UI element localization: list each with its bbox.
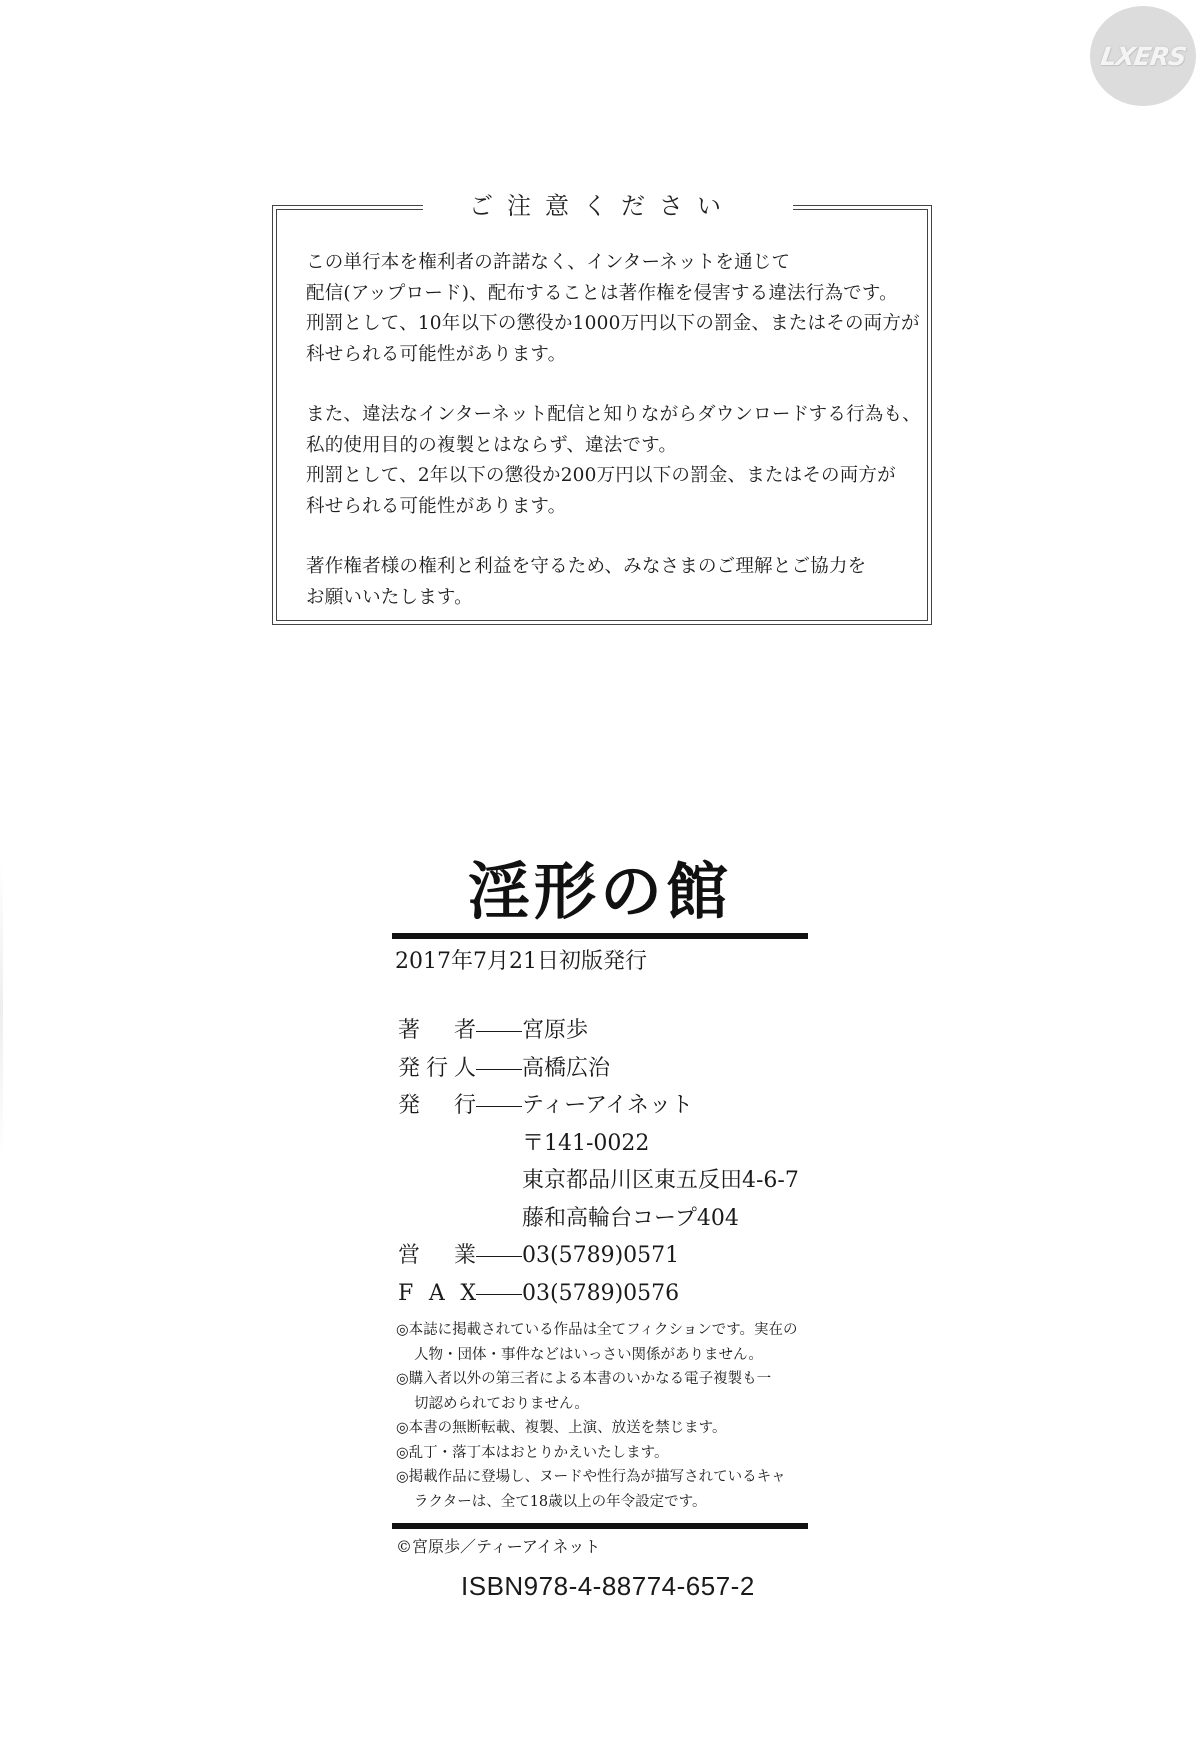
notice-paragraph-upload: この単行本を権利者の許諾なく、インターネットを通じて 配信(アップロード)、配布…: [306, 248, 911, 370]
fax-number: 03(5789)0576: [522, 1275, 679, 1313]
note-replacement: ◎乱丁・落丁本はおとりかえいたします。: [396, 1441, 798, 1466]
contact-sales: 営業 03(5789)0571: [398, 1237, 799, 1275]
credit-label: 発行人: [398, 1050, 476, 1088]
notice-line: 科せられる可能性があります。: [306, 340, 911, 371]
note-digital-copy: ◎購入者以外の第三者による本書のいかなる電子複製も一: [396, 1367, 798, 1392]
note-fiction-cont: 人物・団体・事件などはいっさい関係がありません。: [396, 1343, 798, 1368]
dash-separator: [476, 1050, 522, 1088]
credit-publisher: 発行 ティーアイネット: [398, 1087, 799, 1125]
postal-code: 〒141-0022: [398, 1125, 799, 1163]
author-name: 宮原歩: [522, 1012, 588, 1050]
credit-label: 営業: [398, 1237, 476, 1275]
note-fiction: ◎本誌に掲載されている作品は全てフィクションです。実在の: [396, 1318, 798, 1343]
notice-line: お願いいたします。: [306, 583, 911, 614]
note-age: ◎掲載作品に登場し、ヌードや性行為が描写されているキャ: [396, 1465, 798, 1490]
publication-date: 2017年7月21日初版発行: [395, 944, 647, 975]
credit-author: 著者 宮原歩: [398, 1012, 799, 1050]
publisher-person-name: 高橋広治: [522, 1050, 610, 1088]
notice-line: 著作権者様の権利と利益を守るため、みなさまのご理解とご協力を: [306, 552, 911, 583]
copyright-notice-box: ご注意ください この単行本を権利者の許諾なく、インターネットを通じて 配信(アッ…: [272, 205, 932, 625]
credit-label: 発行: [398, 1087, 476, 1125]
notice-paragraph-request: 著作権者様の権利と利益を守るため、みなさまのご理解とご協力を お願いいたします。: [306, 552, 911, 613]
notice-title: ご注意ください: [447, 186, 757, 221]
dash-separator: [476, 1087, 522, 1125]
divider-rule: [392, 933, 808, 939]
book-title: 淫形の館: [468, 842, 732, 942]
notice-line: 科せられる可能性があります。: [306, 492, 911, 523]
dash-separator: [476, 1012, 522, 1050]
notice-line: また、違法なインターネット配信と知りながらダウンロードする行為も、: [306, 400, 911, 431]
note-digital-copy-cont: 切認められておりません。: [396, 1392, 798, 1417]
credits-block: 著者 宮原歩 発行人 高橋広治 発行 ティーアイネット 〒141-0022 東京…: [398, 1012, 799, 1312]
note-reproduction: ◎本書の無断転載、複製、上演、放送を禁じます。: [396, 1416, 798, 1441]
contact-fax: FAX 03(5789)0576: [398, 1275, 799, 1313]
scan-edge-artifact: [0, 860, 3, 1160]
sales-phone: 03(5789)0571: [522, 1237, 679, 1275]
credit-label: 著者: [398, 1012, 476, 1050]
notice-paragraph-download: また、違法なインターネット配信と知りながらダウンロードする行為も、 私的使用目的…: [306, 400, 911, 522]
address-building: 藤和高輪台コープ404: [398, 1200, 799, 1238]
credit-label: FAX: [398, 1275, 476, 1313]
isbn: ISBN978-4-88774-657-2: [461, 1571, 755, 1602]
notice-line: 私的使用目的の複製とはならず、違法です。: [306, 431, 911, 462]
address-line: 東京都品川区東五反田4-6-7: [398, 1162, 799, 1200]
legal-notes: ◎本誌に掲載されている作品は全てフィクションです。実在の 人物・団体・事件などは…: [396, 1318, 798, 1514]
watermark-text: LXERS: [1099, 42, 1188, 71]
copyright-line: ©宮原歩／ティーアイネット: [396, 1534, 600, 1557]
publisher-name: ティーアイネット: [522, 1087, 693, 1125]
notice-body: この単行本を権利者の許諾なく、インターネットを通じて 配信(アップロード)、配布…: [306, 248, 911, 613]
note-age-cont: ラクターは、全て18歳以上の年令設定です。: [396, 1490, 798, 1515]
divider-rule: [392, 1523, 808, 1529]
notice-line: 刑罰として、2年以下の懲役か200万円以下の罰金、またはその両方が: [306, 461, 911, 492]
scanlation-watermark-logo: LXERS: [1090, 6, 1196, 106]
notice-line: 刑罰として、10年以下の懲役か1000万円以下の罰金、またはその両方が: [306, 309, 911, 340]
notice-title-bar: ご注意ください: [273, 186, 931, 220]
notice-line: この単行本を権利者の許諾なく、インターネットを通じて: [306, 248, 911, 279]
dash-separator: [476, 1237, 522, 1275]
notice-line: 配信(アップロード)、配布することは著作権を侵害する違法行為です。: [306, 279, 911, 310]
dash-separator: [476, 1275, 522, 1313]
credit-publisher-person: 発行人 高橋広治: [398, 1050, 799, 1088]
